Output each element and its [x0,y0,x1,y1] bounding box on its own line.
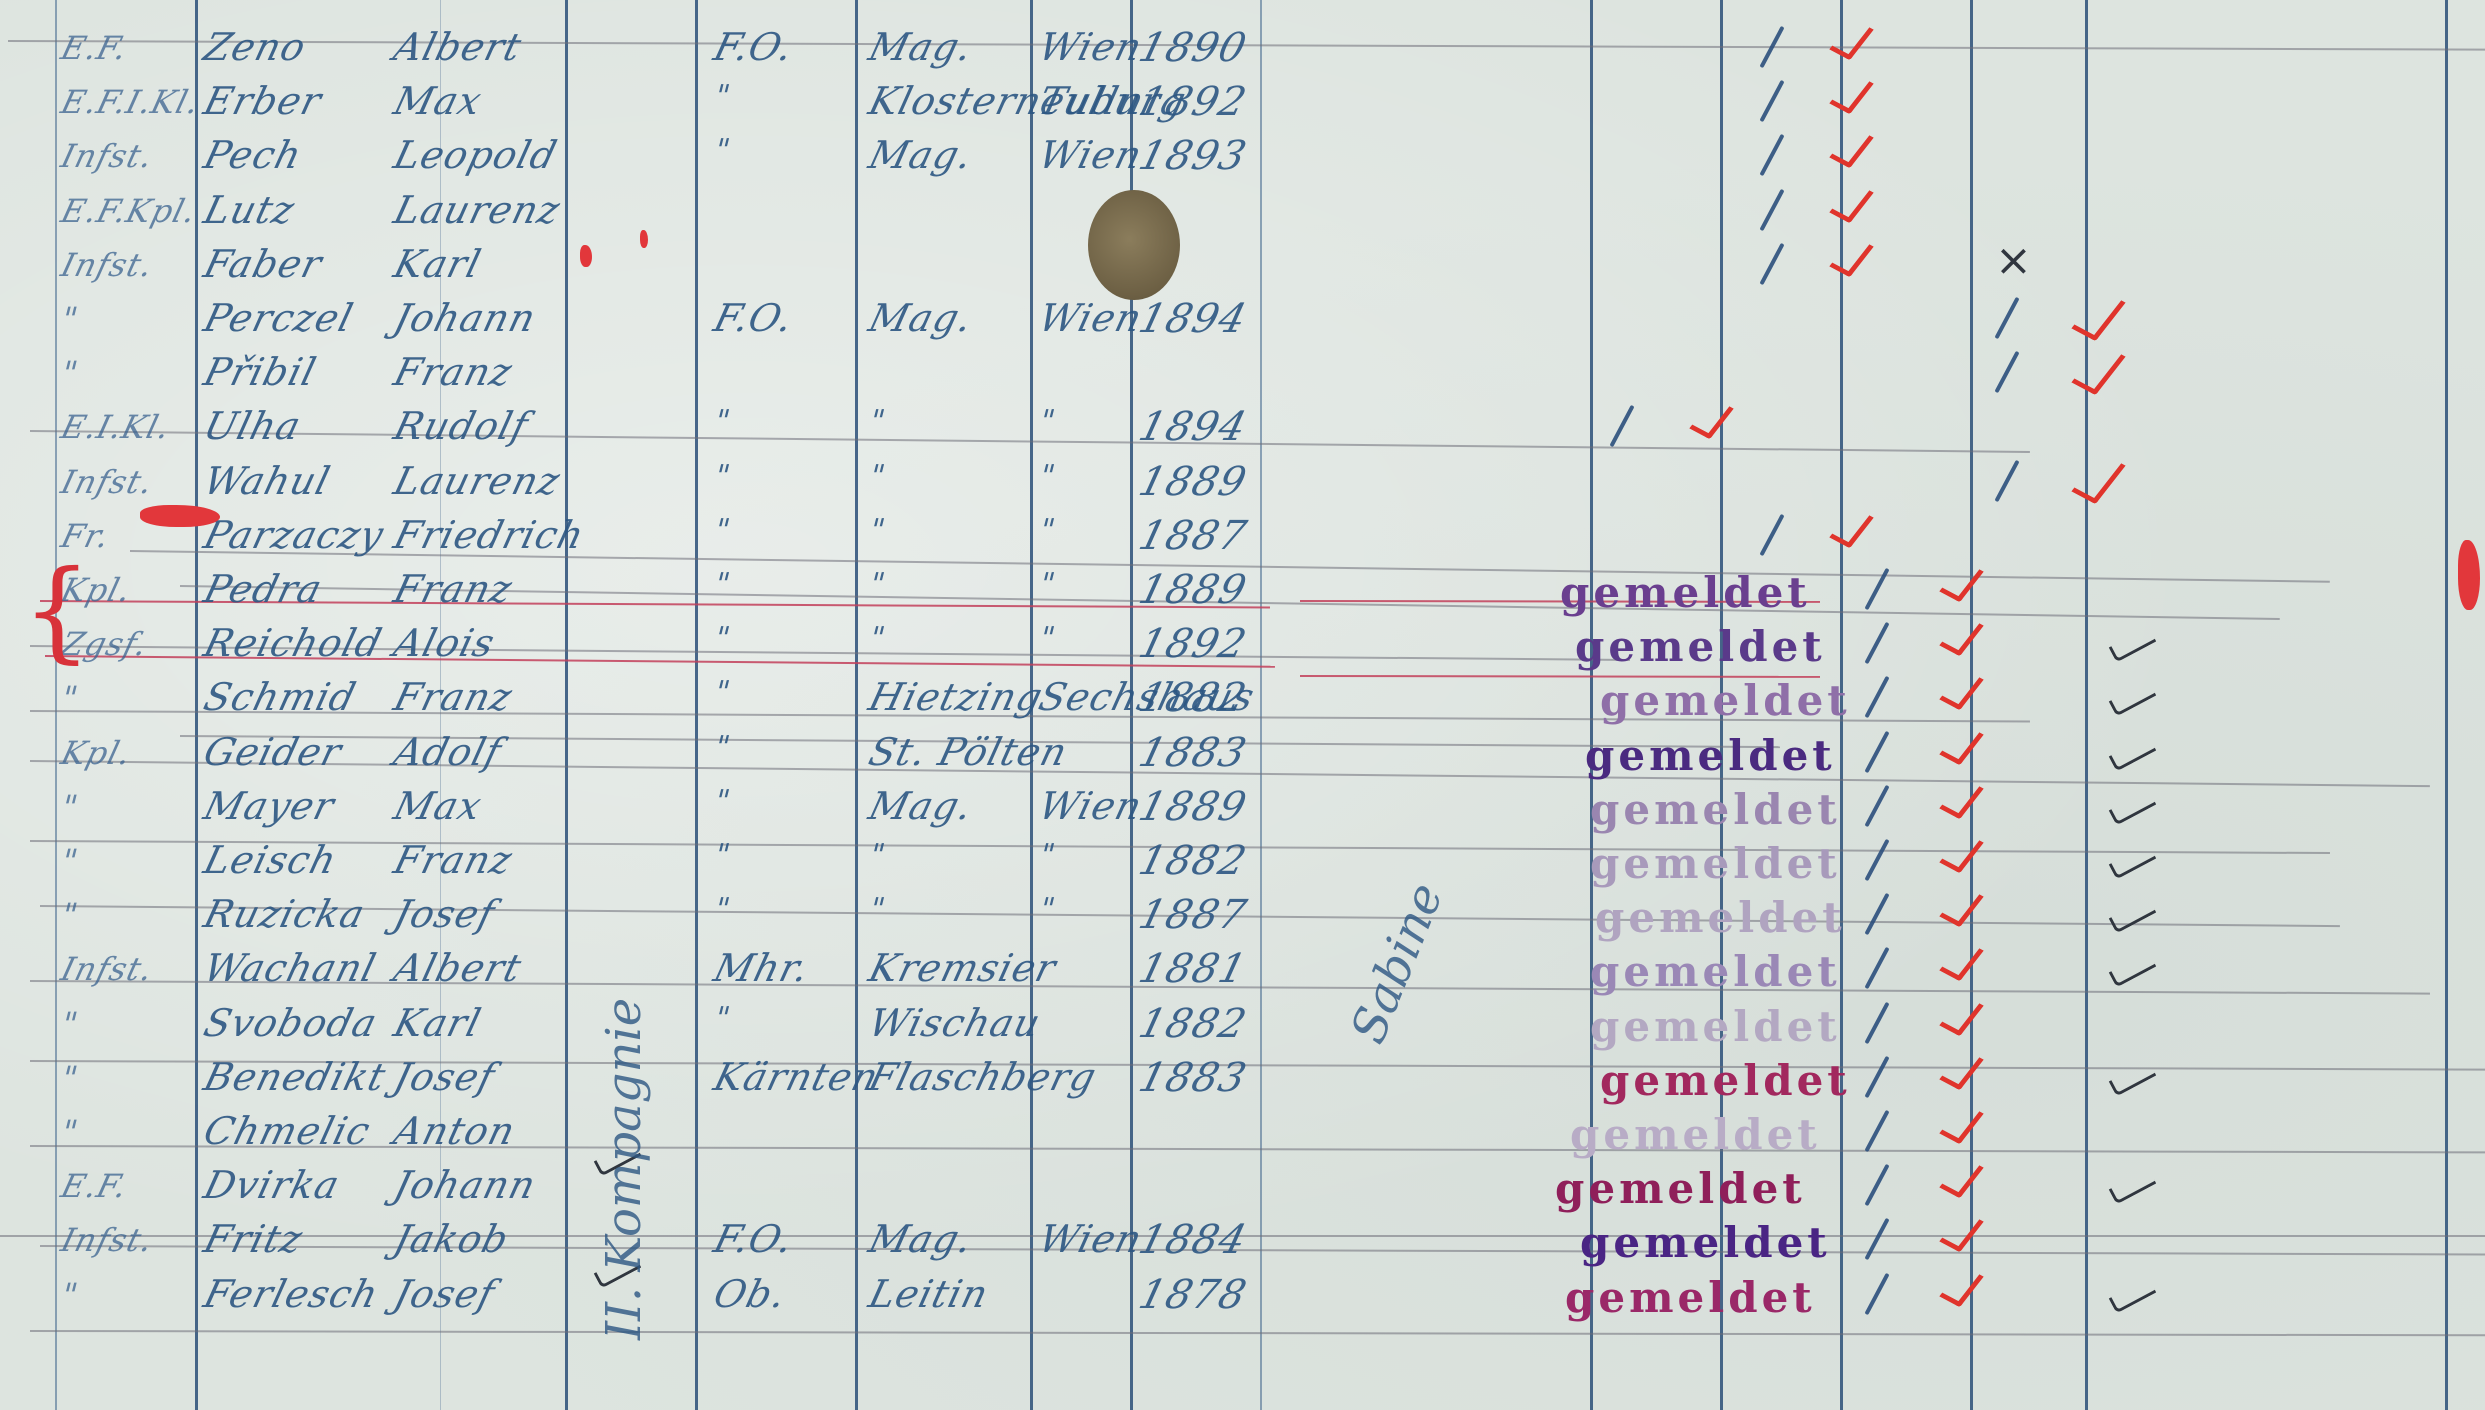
column-rule [1970,0,1973,1410]
birthplace-cell: Mag. [865,1220,976,1258]
slash-mark [1864,893,1889,935]
rank-cell: " [58,845,82,877]
given-name-cell: Laurenz [390,462,564,500]
red-check-icon [1939,940,1984,982]
unit-cell: " [711,462,733,492]
column-rule [1260,0,1262,1410]
gemeldet-stamp: gemeldet [1560,572,1811,614]
birth-year-cell: 1882 [1135,678,1251,718]
birthplace-cell: " [866,624,888,654]
given-name-cell: Josef [390,1275,499,1313]
pencil-check-icon [2109,1277,2157,1313]
red-check-icon [2071,452,2125,503]
surname-cell: Faber [200,245,326,283]
rank-cell: " [58,1062,82,1094]
slash-mark [1864,785,1889,827]
rank-cell: Kpl. [58,737,135,769]
rank-cell: E.F.Kpl. [58,195,200,227]
gemeldet-stamp: gemeldet [1580,1222,1831,1264]
row-rule [30,1330,2485,1336]
pencil-check-icon [2109,1060,2157,1096]
given-name-cell: Leopold [390,136,561,174]
gemeldet-stamp: gemeldet [1590,843,1841,885]
slash-mark [1759,80,1784,122]
surname-cell: Mayer [200,787,338,825]
pencil-check-icon [2109,898,2157,934]
red-ink-blot [580,245,592,267]
slash-mark [1609,405,1634,447]
birthplace-cell: " [866,516,888,546]
unit-cell: " [711,678,733,708]
district-cell: Wien [1035,28,1146,66]
birthplace-cell: Mag. [865,299,976,337]
surname-cell: Fritz [200,1220,306,1258]
rank-cell: Infst. [58,1224,157,1256]
birth-year-cell: 1883 [1135,1058,1251,1098]
column-rule [55,0,57,1410]
birth-year-cell: 1882 [1135,841,1251,881]
unit-cell: " [711,624,733,654]
red-check-icon [1689,398,1734,440]
red-check-icon [1829,506,1874,548]
birthplace-cell: Leitin [865,1275,992,1313]
column-rule [2445,0,2448,1410]
birthplace-cell: Mag. [865,28,976,66]
gemeldet-stamp: gemeldet [1570,1114,1821,1156]
red-ink-blot [640,230,648,248]
birthplace-cell: Flaschberg [865,1058,1100,1096]
slash-mark [1759,514,1784,556]
given-name-cell: Franz [390,353,516,391]
birthplace-cell: St. Pölten [865,733,1071,771]
rank-cell: E.F. [58,1170,131,1202]
unit-cell: " [711,1004,733,1034]
red-check-icon [1939,669,1984,711]
red-check-icon [1939,723,1984,765]
rank-cell: " [58,357,82,389]
slash-mark [1864,622,1889,664]
district-cell: Wien [1035,299,1146,337]
birthplace-cell: Mag. [865,136,976,174]
pencil-check-icon [2109,627,2157,663]
given-name-cell: Adolf [390,733,505,771]
given-name-cell: Alois [390,624,499,662]
birth-year-cell: 1889 [1135,462,1251,502]
gemeldet-stamp: gemeldet [1575,626,1826,668]
slash-mark [1864,1164,1889,1206]
gemeldet-stamp: gemeldet [1555,1168,1806,1210]
red-check-icon [2071,290,2125,341]
rank-cell: E.F. [58,32,131,64]
surname-cell: Perczel [200,299,357,337]
rank-cell: Infst. [58,466,157,498]
red-check-icon [1829,235,1874,277]
unit-cell: Kärnten [710,1058,882,1096]
gemeldet-stamp: gemeldet [1600,1060,1851,1102]
pencil-check-icon [2109,952,2157,988]
birth-year-cell: 1889 [1135,570,1251,610]
birthplace-cell: Mag. [865,787,976,825]
red-ink-blot [140,505,220,527]
unit-cell: F.O. [710,1220,797,1258]
birthplace-cell: Hietzing [865,678,1047,716]
surname-cell: Lutz [200,191,298,229]
given-name-cell: Friedrich [390,516,588,554]
red-check-icon [1939,1103,1984,1145]
given-name-cell: Josef [390,1058,499,1096]
birth-year-cell: 1887 [1135,895,1251,935]
red-margin-mark [2458,540,2480,610]
birth-year-cell: 1889 [1135,787,1251,827]
slash-mark [1994,351,2019,393]
birth-year-cell: 1890 [1135,28,1251,68]
surname-cell: Leisch [200,841,341,879]
surname-cell: Wachanl [200,949,380,987]
rank-cell: " [58,791,82,823]
birth-year-cell: 1887 [1135,516,1251,556]
red-check-icon [1939,615,1984,657]
given-name-cell: Johann [390,1166,540,1204]
gemeldet-stamp: gemeldet [1595,897,1846,939]
birth-year-cell: 1892 [1135,624,1251,664]
gemeldet-stamp: gemeldet [1590,789,1841,831]
rank-cell: Infst. [58,249,157,281]
red-check-icon [1939,1048,1984,1090]
given-name-cell: Jakob [390,1220,513,1258]
remark-vertical-note: Sabine [1340,875,1454,1051]
red-check-icon [1829,127,1874,169]
district-cell: " [1036,895,1058,925]
red-check-icon [1829,181,1874,223]
surname-cell: Wahul [200,462,334,500]
surname-cell: Svoboda [200,1004,381,1042]
slash-mark [1864,1110,1889,1152]
district-cell: Wien [1035,1220,1146,1258]
red-check-icon [1939,994,1984,1036]
birth-year-cell: 1892 [1135,82,1251,122]
given-name-cell: Franz [390,678,516,716]
pencil-check-icon [2109,681,2157,717]
rank-cell: Infst. [58,953,157,985]
pencil-check-icon [2109,1169,2157,1205]
red-check-icon [1939,1211,1984,1253]
slash-mark [1864,676,1889,718]
pencil-check-icon [2109,843,2157,879]
rank-cell: " [58,899,82,931]
given-name-cell: Karl [390,1004,485,1042]
birthplace-cell: " [866,462,888,492]
slash-mark [1994,297,2019,339]
surname-cell: Ruzicka [200,895,369,933]
given-name-cell: Albert [390,949,525,987]
unit-cell: " [711,733,733,763]
red-check-icon [2071,344,2125,395]
unit-cell: " [711,82,733,112]
district-cell: Wien [1035,136,1146,174]
column-rule [565,0,568,1410]
red-check-icon [1829,19,1874,61]
red-bracket: { [22,555,92,665]
surname-cell: Ulha [200,407,305,445]
surname-cell: Chmelic [200,1112,374,1150]
slash-mark [1864,1056,1889,1098]
birth-year-cell: 1881 [1135,949,1251,989]
ledger-page: E.F.ZenoAlbertF.O.Mag.Wien1890E.F.I.Kl.E… [0,0,2485,1410]
slash-mark [1864,730,1889,772]
birth-year-cell: 1893 [1135,136,1251,176]
slash-mark [1864,1001,1889,1043]
district-cell: " [1036,624,1058,654]
column-rule [2085,0,2088,1410]
birth-year-cell: 1884 [1135,1220,1251,1260]
unit-cell: " [711,407,733,437]
birth-year-cell: 1894 [1135,299,1251,339]
birth-year-cell: 1882 [1135,1004,1251,1044]
given-name-cell: Albert [390,28,525,66]
rank-cell: " [58,1279,82,1311]
gemeldet-stamp: gemeldet [1590,1006,1841,1048]
given-name-cell: Anton [390,1112,519,1150]
pencil-check-icon [2109,789,2157,825]
given-name-cell: Max [390,787,485,825]
surname-cell: Benedikt [200,1058,390,1096]
red-check-icon [1829,73,1874,115]
slash-mark [1759,134,1784,176]
given-name-cell: Laurenz [390,191,564,229]
surname-cell: Přibil [200,353,320,391]
surname-cell: Geider [200,733,345,771]
surname-cell: Pech [200,136,306,174]
birthplace-cell: Kremsier [865,949,1060,987]
given-name-cell: Franz [390,570,516,608]
district-cell: " [1036,516,1058,546]
slash-mark [1994,459,2019,501]
district-cell: " [1036,407,1058,437]
given-name-cell: Rudolf [390,407,532,445]
given-name-cell: Johann [390,299,540,337]
slash-mark [1864,1272,1889,1314]
punch-hole [1088,190,1180,300]
company-vertical-note: II. Kompagnie [596,998,652,1340]
slash-mark [1864,1218,1889,1260]
given-name-cell: Josef [390,895,499,933]
gemeldet-stamp: gemeldet [1600,680,1851,722]
rank-cell: " [58,303,82,335]
birth-year-cell: 1878 [1135,1275,1251,1315]
red-check-icon [1939,777,1984,819]
given-name-cell: Karl [390,245,485,283]
gemeldet-stamp: gemeldet [1585,735,1836,777]
birthplace-cell: Wischau [865,1004,1044,1042]
surname-cell: Erber [200,82,325,120]
surname-cell: Zeno [200,28,310,66]
district-cell: Tulln [1035,82,1148,120]
rank-cell: " [58,1008,82,1040]
surname-cell: Pedra [200,570,326,608]
gemeldet-stamp: gemeldet [1590,951,1841,993]
birthplace-cell: " [866,895,888,925]
district-cell: " [1036,570,1058,600]
unit-cell: F.O. [710,28,797,66]
unit-cell: " [711,136,733,166]
gemeldet-stamp: gemeldet [1565,1277,1816,1319]
surname-cell: Schmid [200,678,360,716]
column-rule [695,0,698,1410]
red-check-icon [1939,1265,1984,1307]
unit-cell: F.O. [710,299,797,337]
rank-cell: " [58,1116,82,1148]
given-name-cell: Max [390,82,485,120]
rank-cell: E.I.Kl. [58,411,174,443]
unit-cell: Mhr. [710,949,813,987]
slash-mark [1864,839,1889,881]
surname-cell: Ferlesch [200,1275,382,1313]
surname-cell: Dvirka [200,1166,343,1204]
column-rule [855,0,858,1410]
rank-cell: E.F.I.Kl. [58,86,203,118]
unit-cell: " [711,787,733,817]
given-name-cell: Franz [390,841,516,879]
red-check-icon [1939,561,1984,603]
unit-cell: " [711,516,733,546]
unit-cell: Ob. [710,1275,790,1313]
district-cell: Wien [1035,787,1146,825]
surname-cell: Reichold [200,624,386,662]
birth-year-cell: 1883 [1135,733,1251,773]
red-check-icon [1939,1157,1984,1199]
red-check-icon [1939,832,1984,874]
birth-year-cell: 1894 [1135,407,1251,447]
birthplace-cell: " [866,407,888,437]
x-mark-icon: × [1995,235,2032,286]
pencil-check-icon [2109,735,2157,771]
slash-mark [1759,188,1784,230]
slash-mark [1864,947,1889,989]
surname-cell: Parzaczy [200,516,388,554]
district-cell: " [1036,462,1058,492]
slash-mark [1759,243,1784,285]
rank-cell: Infst. [58,140,157,172]
